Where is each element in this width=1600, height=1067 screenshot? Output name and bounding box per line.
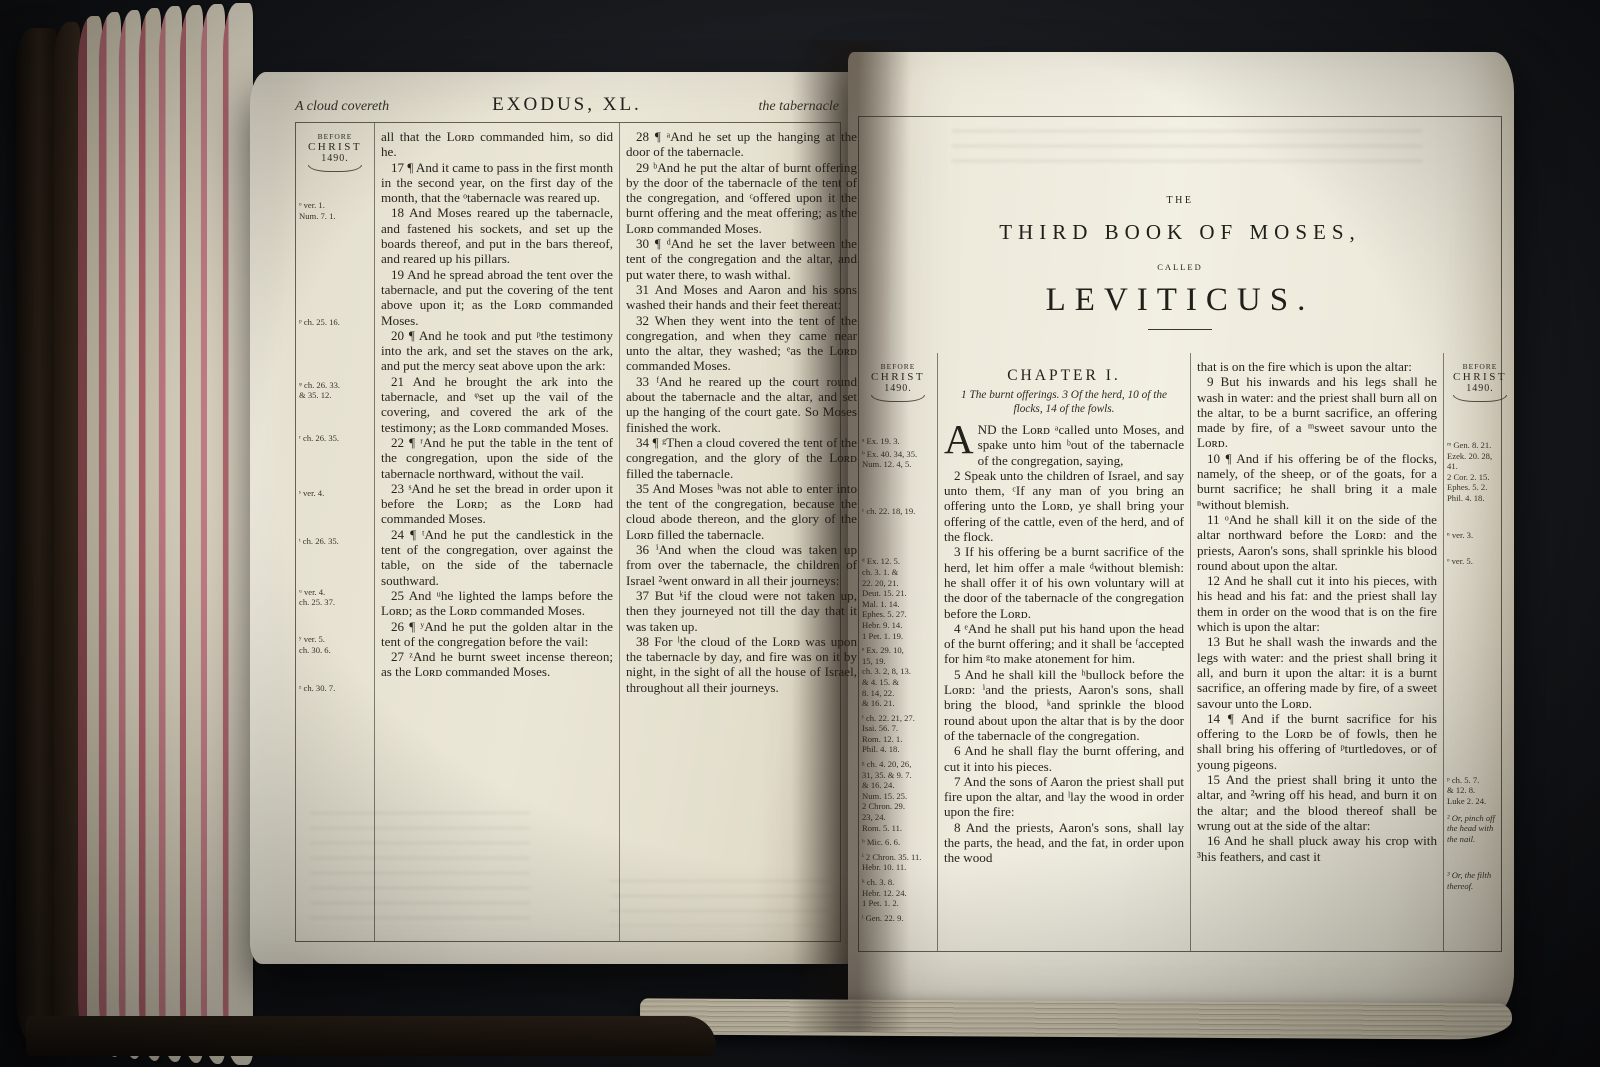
verse: all that the Lᴏʀᴅ commanded him, so did … (381, 129, 613, 160)
margin-note: ᵒ ver. 5. (1447, 556, 1513, 567)
running-head-title: EXODUS, XL. (425, 94, 709, 116)
title-rule (1148, 329, 1212, 330)
verse: 17 ¶ And it came to pass in the first mo… (381, 160, 613, 206)
verse: 2 Speak unto the children of Israel, and… (944, 468, 1184, 544)
fore-edge-page-stack (223, 3, 253, 1065)
right-page-right-margin-notes-column: BEFORE CHRIST 1490. ᵐ Gen. 8. 21. Ezek. … (1444, 353, 1516, 951)
verse: 32 When they went into the tent of the c… (626, 313, 857, 374)
margin-note: ʸ ver. 5. ch. 30. 6. (299, 634, 371, 655)
left-page-text-frame: BEFORE CHRIST 1490. ᵒ ver. 1. Num. 7. 1.… (295, 122, 841, 942)
right-page-column-2: that is on the fire which is upon the al… (1191, 353, 1443, 951)
verse: 34 ¶ ᵍThen a cloud covered the tent of t… (626, 435, 857, 481)
verse: 12 And he shall cut it into his pieces, … (1197, 573, 1437, 634)
verse: 30 ¶ ᵈAnd he set the laver between the t… (626, 236, 857, 282)
verse: 25 And ᵘhe lighted the lamps before the … (381, 588, 613, 619)
title-called: CALLED (859, 262, 1501, 272)
verse: 20 ¶ And he took and put ᵖthe testimony … (381, 328, 613, 374)
verse: 21 And he brought the ark into the taber… (381, 374, 613, 435)
book-title-block: THE THIRD BOOK OF MOSES, CALLED LEVITICU… (859, 117, 1501, 353)
verse: that is on the fire which is upon the al… (1197, 359, 1437, 374)
verse: 22 ¶ ʳAnd he put the table in the tent o… (381, 435, 613, 481)
bottom-cover-board (26, 1016, 716, 1056)
margin-note: ᵍ ch. 4. 20, 26, 31, 35. & 9. 7. & 16. 2… (862, 759, 934, 833)
margin-note: ᵖ ch. 25. 16. (299, 317, 371, 328)
book-photo: A cloud covereth EXODUS, XL. the taberna… (0, 0, 1600, 1067)
margin-note: ᵠ ch. 26. 33. & 35. 12. (299, 380, 371, 401)
brace-ornament (308, 165, 362, 172)
verse: 38 For ˡthe cloud of the Lᴏʀᴅ was upon t… (626, 634, 857, 695)
verse: 35 And Moses ʰwas not able to enter into… (626, 481, 857, 542)
fore-edge-page-stack (99, 12, 121, 1057)
verse: 8 And the priests, Aaron's sons, shall l… (944, 820, 1184, 866)
verse: 19 And he spread abroad the tent over th… (381, 267, 613, 328)
verse: 15 And the priest shall bring it unto th… (1197, 772, 1437, 833)
verse: 3 If his offering be a burnt sacrifice o… (944, 544, 1184, 620)
verse: 37 But ᵏif the cloud were not taken up, … (626, 588, 857, 634)
margin-note: ʰ Mic. 6. 6. (862, 837, 934, 848)
verse: 7 And the sons of Aaron the priest shall… (944, 774, 1184, 820)
right-page-text-frame: THE THIRD BOOK OF MOSES, CALLED LEVITICU… (858, 116, 1502, 952)
verses-list: 2 Speak unto the children of Israel, and… (944, 468, 1184, 866)
margin-note: ᵉ Ex. 29. 10, 15, 19. ch. 3. 2, 8, 13. &… (862, 645, 934, 709)
chapter-summary: 1 The burnt offerings. 3 Of the herd, 10… (954, 389, 1174, 416)
verse: 16 And he shall pluck away his crop with… (1197, 833, 1437, 864)
verse: 33 ᶠAnd he reared up the court round abo… (626, 374, 857, 435)
fore-edge-page-stack (180, 5, 203, 1063)
margin-note: ˢ ver. 4. (299, 488, 371, 499)
brace-ornament (1453, 395, 1507, 402)
running-head-right: the tabernacle (709, 99, 839, 115)
verse: 13 But he shall wash the inwards and the… (1197, 634, 1437, 710)
right-page-column-1: CHAPTER I. 1 The burnt offerings. 3 Of t… (938, 353, 1190, 951)
before-christ-date: BEFORE CHRIST 1490. (862, 362, 934, 394)
margin-note: ᵘ ver. 4. ch. 25. 37. (299, 587, 371, 608)
margin-note: ʳ ch. 26. 35. (299, 433, 371, 444)
margin-note: ᵒ ver. 1. Num. 7. 1. (299, 200, 371, 221)
left-page-margin-notes-column: BEFORE CHRIST 1490. ᵒ ver. 1. Num. 7. 1.… (296, 123, 374, 941)
title-leviticus: LEVITICUS. (859, 282, 1501, 319)
verse: 23 ˢAnd he set the bread in order upon i… (381, 481, 613, 527)
verse: 24 ¶ ᵗAnd he put the candlestick in the … (381, 527, 613, 588)
title-the: THE (859, 195, 1501, 206)
left-page-running-head: A cloud covereth EXODUS, XL. the taberna… (295, 94, 839, 116)
fore-edge-page-stack (201, 4, 225, 1064)
verse: 10 ¶ And if his offering be of the flock… (1197, 451, 1437, 512)
margin-note: ᵖ ch. 5. 7. & 12. 8. Luke 2. 24. (1447, 775, 1513, 807)
right-page-columns: BEFORE CHRIST 1490. ᵃ Ex. 19. 3.ᵇ Ex. 40… (859, 353, 1501, 951)
book-cover-spine (16, 28, 58, 1045)
margin-notes-list: ᵒ ver. 1. Num. 7. 1.ᵖ ch. 25. 16.ᵠ ch. 2… (299, 200, 371, 694)
margin-note: ³ Or, the filth thereof. (1447, 870, 1513, 891)
running-head-left: A cloud covereth (295, 99, 425, 115)
brace-ornament (871, 395, 925, 402)
fore-edge-page-stack (119, 10, 141, 1059)
verse: 28 ¶ ᵃAnd he set up the hanging at the d… (626, 129, 857, 160)
verse: 9 But his inwards and his legs shall he … (1197, 374, 1437, 450)
verse: 27 ᶻAnd he burnt sweet incense thereon; … (381, 649, 613, 680)
fore-edge-page-stack (159, 6, 182, 1062)
book-cover-inner-edge (54, 22, 80, 1051)
fore-edge-page-stack (139, 8, 161, 1061)
margin-note: ᵗ ch. 26. 35. (299, 536, 371, 547)
margin-note: ⁿ ver. 3. (1447, 530, 1513, 541)
margin-note: ˡ Gen. 22. 9. (862, 913, 934, 924)
margin-note: ᵃ Ex. 19. 3. (862, 436, 934, 447)
verse: 11 ᵒAnd he shall kill it on the side of … (1197, 512, 1437, 573)
verse: 18 And Moses reared up the tabernacle, a… (381, 205, 613, 266)
before-christ-date: BEFORE CHRIST 1490. (1447, 362, 1513, 394)
verse: 36 ⁱAnd when the cloud was taken up from… (626, 542, 857, 588)
chapter-heading: CHAPTER I. (944, 367, 1184, 385)
margin-note: ᵈ Ex. 12. 5. ch. 3. 1. & 22. 20, 21. Deu… (862, 556, 934, 641)
margin-note: ᵐ Gen. 8. 21. Ezek. 20. 28, 41. 2 Cor. 2… (1447, 440, 1513, 504)
verse: 29 ᵇAnd he put the altar of burnt offeri… (626, 160, 857, 236)
margin-note: ᵏ ch. 3. 8. Hebr. 12. 24. 1 Pet. 1. 2. (862, 877, 934, 909)
verse: AND the Lᴏʀᴅ ᵃcalled unto Moses, and spa… (944, 422, 1184, 468)
margin-note: ² Or, pinch off the head with the nail. (1447, 813, 1513, 845)
left-page-column-1: all that the Lᴏʀᴅ commanded him, so did … (375, 123, 619, 941)
bottom-page-block-edge (640, 998, 1512, 1039)
verse: 4 ᵉAnd he shall put his hand upon the he… (944, 621, 1184, 667)
verse-text: ND the Lᴏʀᴅ ᵃcalled unto Moses, and spak… (978, 422, 1184, 468)
verse: 14 ¶ And if the burnt sacrifice for his … (1197, 711, 1437, 772)
right-page-left-margin-notes-column: BEFORE CHRIST 1490. ᵃ Ex. 19. 3.ᵇ Ex. 40… (859, 353, 937, 951)
verse: 31 And Moses and Aaron and his sons wash… (626, 282, 857, 313)
margin-note: ᶜ ch. 22. 18, 19. (862, 506, 934, 517)
left-page-column-2: 28 ¶ ᵃAnd he set up the hanging at the d… (620, 123, 863, 941)
verse: 5 And he shall kill the ʰbullock before … (944, 667, 1184, 743)
margin-note: ᶻ ch. 30. 7. (299, 683, 371, 694)
margin-notes-list: ᵐ Gen. 8. 21. Ezek. 20. 28, 41. 2 Cor. 2… (1447, 440, 1513, 892)
drop-cap: A (944, 422, 978, 455)
margin-note: ᵇ Ex. 40. 34, 35. Num. 12. 4, 5. (862, 449, 934, 470)
margin-note: ᶠ ch. 22. 21, 27. Isai. 56. 7. Rom. 12. … (862, 713, 934, 755)
title-third-book-of-moses: THIRD BOOK OF MOSES, (859, 220, 1501, 245)
margin-notes-list: ᵃ Ex. 19. 3.ᵇ Ex. 40. 34, 35. Num. 12. 4… (862, 436, 934, 923)
margin-note: ⁱ 2 Chron. 35. 11. Hebr. 10. 11. (862, 852, 934, 873)
before-christ-date: BEFORE CHRIST 1490. (299, 132, 371, 164)
verse: 26 ¶ ʸAnd he put the golden altar in the… (381, 619, 613, 650)
verse: 6 And he shall flay the burnt offering, … (944, 743, 1184, 774)
